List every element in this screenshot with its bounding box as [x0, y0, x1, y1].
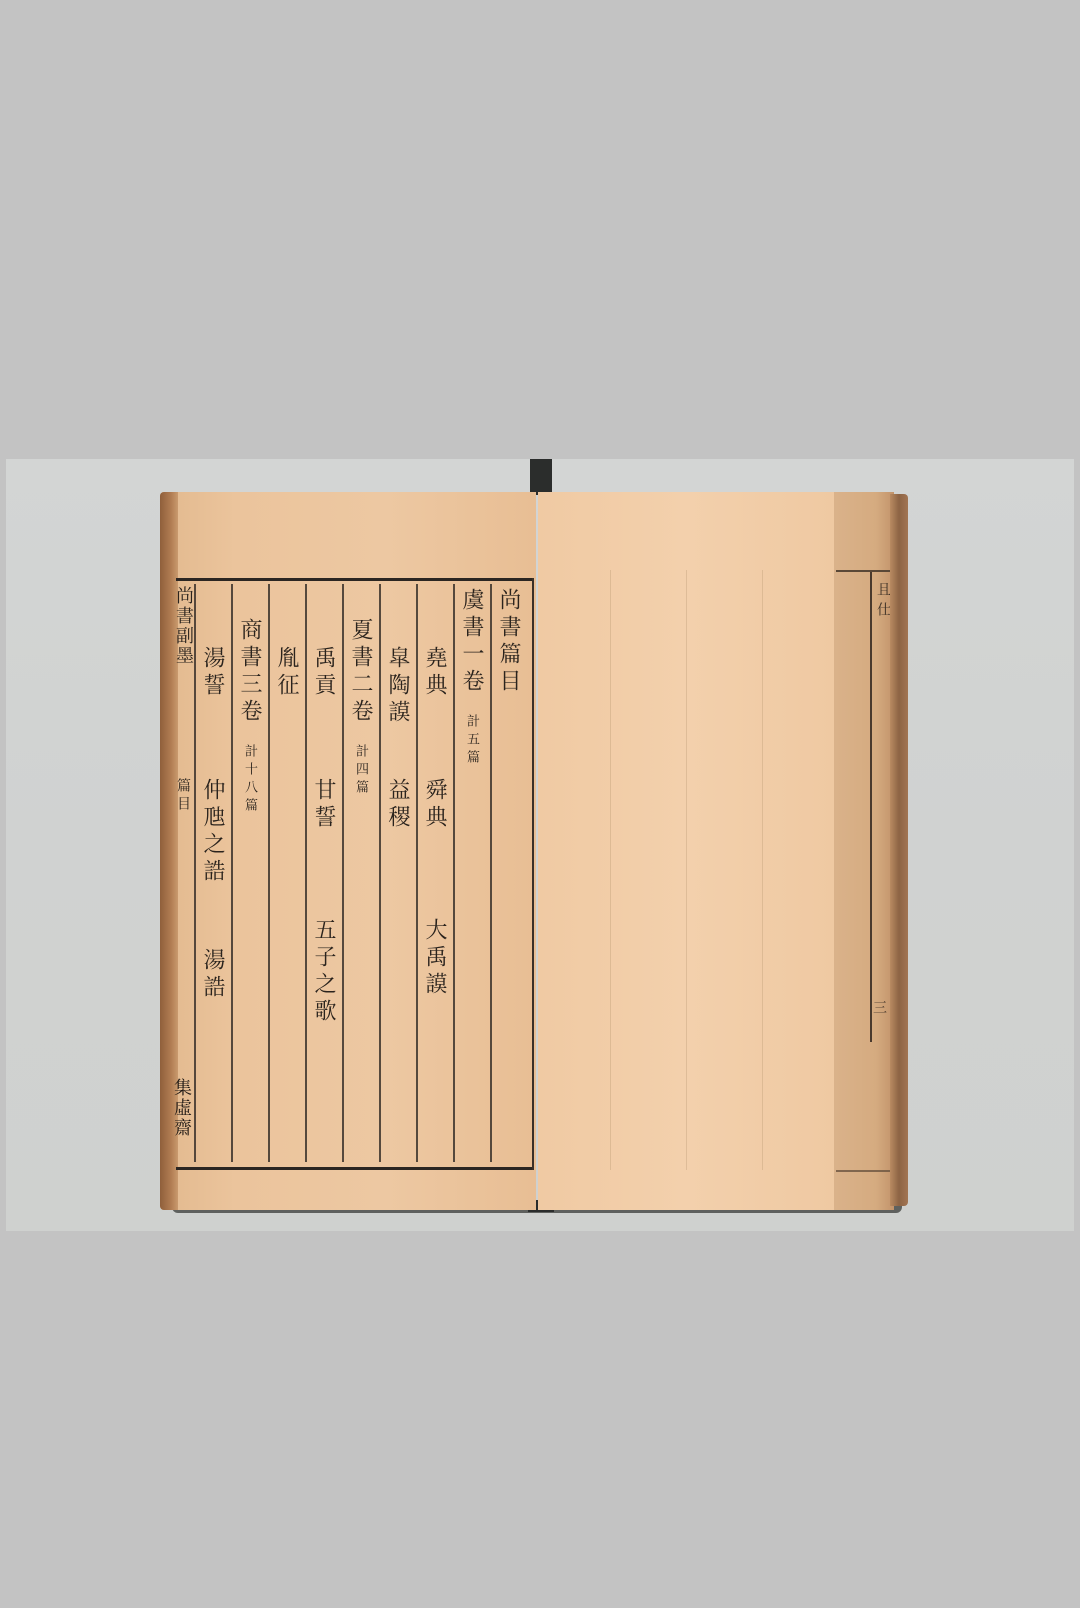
toc-column-items: 湯誓 [201, 646, 223, 700]
margin-studio: 集虛齋 [172, 1078, 190, 1138]
column-rule [379, 584, 381, 1162]
toc-section-yu: 虞書一卷 計五篇 [460, 588, 482, 768]
frame-bottom-border [176, 1167, 534, 1170]
section-heading: 夏書二卷 [348, 618, 373, 726]
section-count: 計五篇 [464, 714, 479, 768]
toc-section-shang: 商書三卷 計十八篇 [238, 618, 260, 816]
frame-right-border [532, 578, 534, 1170]
strip-margin-char: 且 [876, 582, 890, 596]
faint-column-rule [762, 570, 763, 1170]
chapter-title: 湯誓 [200, 646, 225, 700]
toc-section-xia: 夏書二卷 計四篇 [349, 618, 371, 798]
strip-page-number: 三 [872, 1000, 886, 1014]
toc-column-items: 胤征 [275, 646, 297, 700]
right-page-edge [890, 494, 908, 1206]
chapter-title: 皐陶謨 [385, 646, 410, 727]
toc-column-items: 大禹謨 [423, 918, 445, 999]
toc-title-text: 尚書篇目 [496, 588, 521, 696]
column-rule [268, 584, 270, 1162]
toc-column-items: 甘誓 [312, 778, 334, 832]
toc-column-items: 仲虺之誥 [201, 778, 223, 886]
strip-margin-char: 仕 [876, 602, 890, 616]
toc-column-items: 皐陶謨 [386, 646, 408, 727]
chapter-title: 堯典 [422, 646, 447, 700]
toc-column-items: 舜典 [423, 778, 445, 832]
chapter-title: 益稷 [385, 778, 410, 832]
faint-column-rule [610, 570, 611, 1170]
column-rule [490, 584, 492, 1162]
margin-section-text: 篇目 [175, 778, 191, 814]
section-count: 計十八篇 [242, 744, 257, 816]
toc-column-items: 益稷 [386, 778, 408, 832]
chapter-title: 舜典 [422, 778, 447, 832]
chapter-title: 胤征 [274, 646, 299, 700]
section-count: 計四篇 [353, 744, 368, 798]
toc-title: 尚書篇目 [497, 588, 519, 696]
column-rule [453, 584, 455, 1162]
margin-studio-text: 集虛齋 [171, 1078, 192, 1138]
faint-column-rule [686, 570, 687, 1170]
right-page-blank [538, 492, 834, 1210]
column-rule [416, 584, 418, 1162]
column-rule [342, 584, 344, 1162]
margin-section: 篇目 [176, 778, 190, 814]
toc-column-items: 堯典 [423, 646, 445, 1066]
book-spine-top [530, 459, 552, 495]
toc-column-items: 湯誥 [201, 948, 223, 1002]
section-heading: 虞書一卷 [459, 588, 484, 696]
chapter-title: 甘誓 [311, 778, 336, 832]
toc-column-items: 禹貢 [312, 646, 334, 700]
chapter-title: 禹貢 [311, 646, 336, 700]
margin-book-title-text: 尚書副墨 [173, 586, 194, 666]
chapter-title: 五子之歌 [311, 918, 336, 1026]
column-rule [194, 584, 196, 1162]
chapter-title: 湯誥 [200, 948, 225, 1002]
section-heading: 商書三卷 [237, 618, 262, 726]
toc-column-items: 五子之歌 [312, 918, 334, 1026]
printed-frame: 尚書篇目 虞書一卷 計五篇 堯典 舜典 大禹謨 皐陶謨 益稷 夏書二卷 計四篇 … [176, 578, 534, 1170]
strip-vertical-rule [870, 572, 872, 1042]
column-rule [305, 584, 307, 1162]
frame-top-border [176, 578, 534, 581]
column-rule [231, 584, 233, 1162]
margin-book-title: 尚書副墨 [174, 586, 192, 666]
chapter-title: 大禹謨 [422, 918, 447, 999]
next-leaf-strip [834, 492, 894, 1210]
strip-top-border [836, 570, 890, 572]
chapter-title: 仲虺之誥 [200, 778, 225, 886]
